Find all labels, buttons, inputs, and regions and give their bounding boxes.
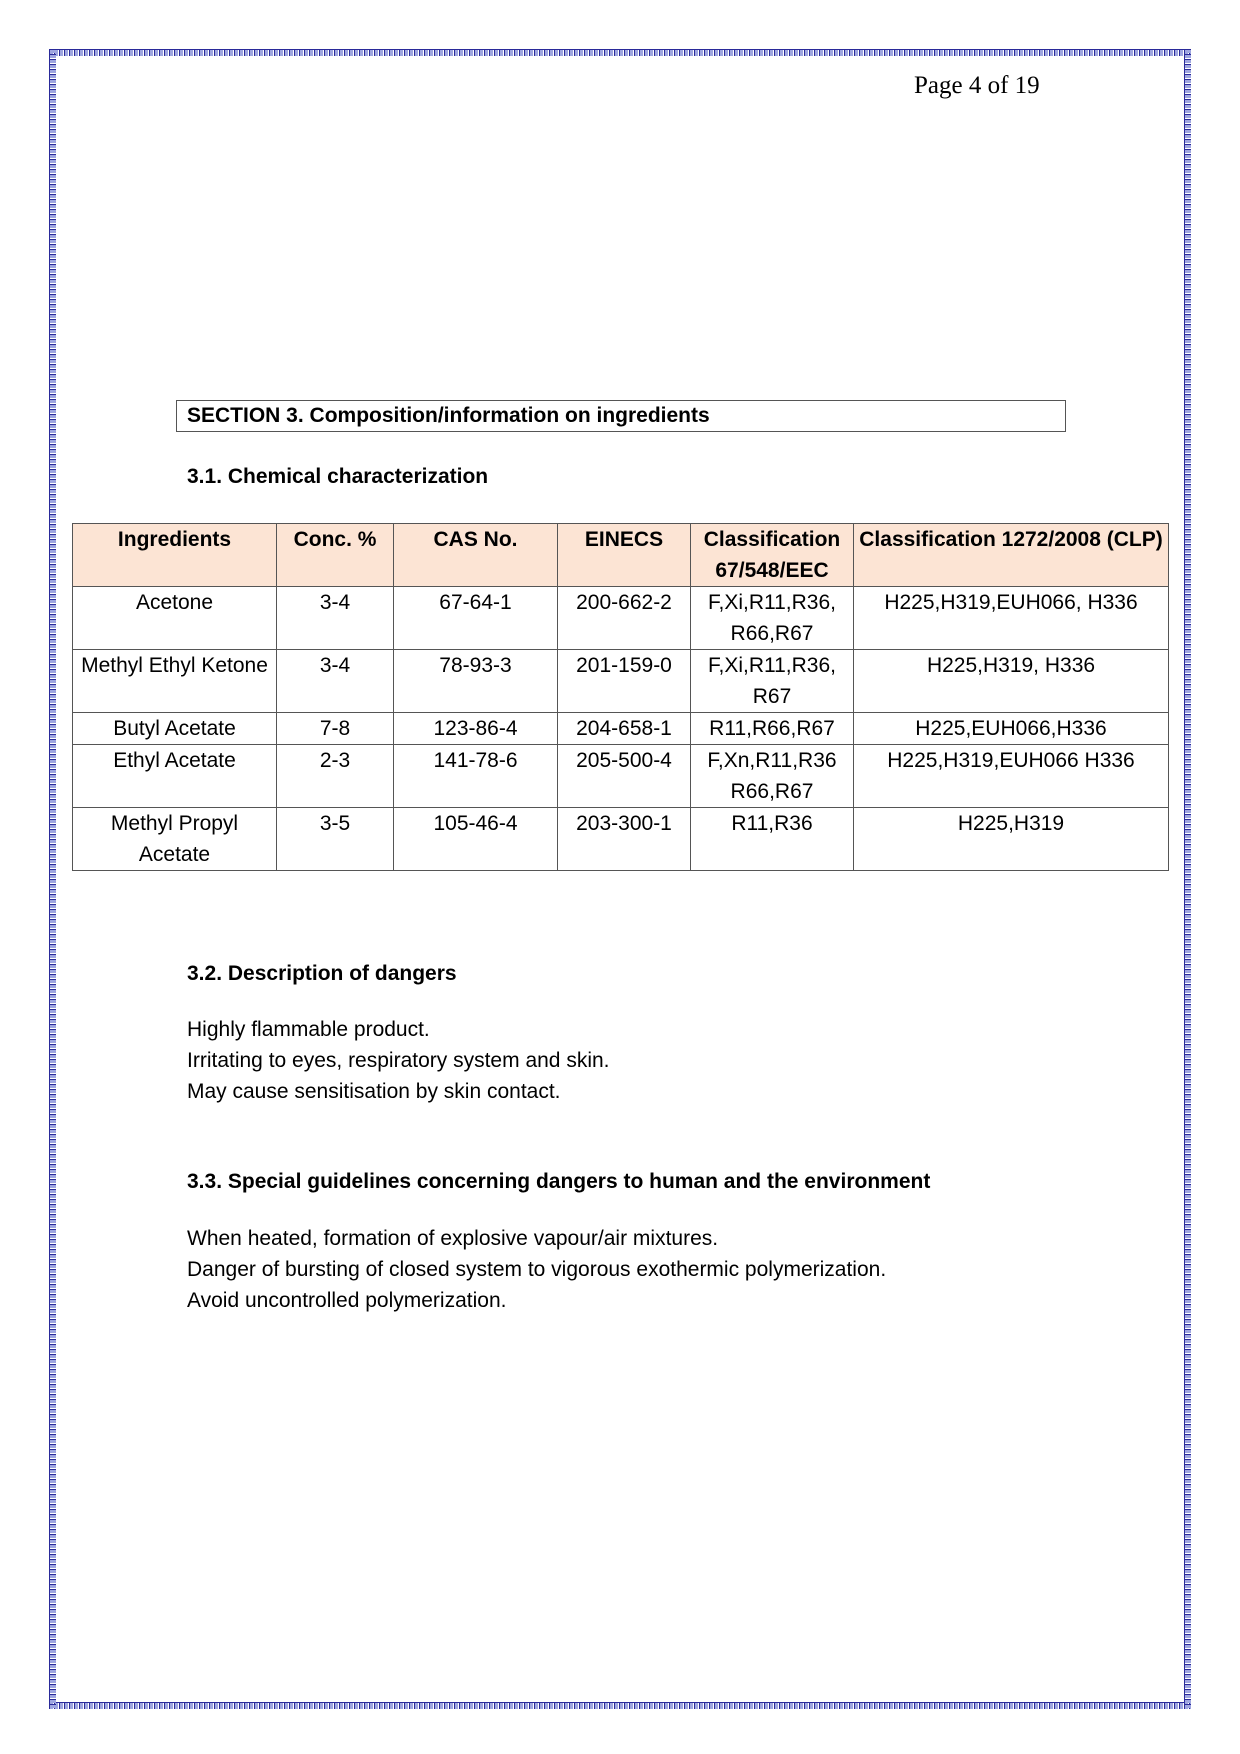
column-header-classification-clp: Classification 1272/2008 (CLP) (854, 524, 1169, 587)
cell-classification-clp: H225,EUH066,H336 (854, 713, 1169, 745)
column-header-ingredients: Ingredients (73, 524, 277, 587)
cell-concentration: 2-3 (277, 745, 394, 808)
column-header-concentration: Conc. % (277, 524, 394, 587)
guideline-line: Danger of bursting of closed system to v… (187, 1254, 886, 1285)
page-number: Page 4 of 19 (914, 72, 1040, 100)
border-right (1184, 49, 1191, 1709)
danger-line: Irritating to eyes, respiratory system a… (187, 1045, 610, 1076)
cell-concentration: 7-8 (277, 713, 394, 745)
cell-ingredient: Butyl Acetate (73, 713, 277, 745)
cell-ingredient: Ethyl Acetate (73, 745, 277, 808)
table-row: Acetone 3-4 67-64-1 200-662-2 F,Xi,R11,R… (73, 587, 1169, 650)
subsection-heading-3-1: 3.1. Chemical characterization (187, 465, 488, 489)
cell-cas: 123-86-4 (394, 713, 558, 745)
cell-einecs: 204-658-1 (558, 713, 691, 745)
special-guidelines: When heated, formation of explosive vapo… (187, 1223, 886, 1316)
cell-einecs: 203-300-1 (558, 808, 691, 871)
cell-ingredient: Acetone (73, 587, 277, 650)
table-row: Methyl Propyl Acetate 3-5 105-46-4 203-3… (73, 808, 1169, 871)
table-row: Butyl Acetate 7-8 123-86-4 204-658-1 R11… (73, 713, 1169, 745)
cell-ingredient: Methyl Propyl Acetate (73, 808, 277, 871)
column-header-cas-no: CAS No. (394, 524, 558, 587)
section-title: SECTION 3. Composition/information on in… (176, 400, 1066, 432)
cell-einecs: 200-662-2 (558, 587, 691, 650)
cell-cas: 78-93-3 (394, 650, 558, 713)
border-left (49, 49, 56, 1709)
cell-classification-67-548: R11,R66,R67 (691, 713, 854, 745)
cell-cas: 67-64-1 (394, 587, 558, 650)
cell-cas: 141-78-6 (394, 745, 558, 808)
cell-einecs: 201-159-0 (558, 650, 691, 713)
border-top (49, 49, 1191, 56)
subsection-heading-3-3: 3.3. Special guidelines concerning dange… (187, 1170, 930, 1194)
cell-classification-clp: H225,H319, H336 (854, 650, 1169, 713)
column-header-einecs: EINECS (558, 524, 691, 587)
table-header-row: Ingredients Conc. % CAS No. EINECS Class… (73, 524, 1169, 587)
danger-line: May cause sensitisation by skin contact. (187, 1076, 610, 1107)
decorative-page-border (49, 49, 1191, 1709)
cell-classification-67-548: F,Xi,R11,R36, R66,R67 (691, 587, 854, 650)
danger-line: Highly flammable product. (187, 1014, 610, 1045)
cell-classification-clp: H225,H319,EUH066 H336 (854, 745, 1169, 808)
cell-einecs: 205-500-4 (558, 745, 691, 808)
border-bottom (49, 1702, 1191, 1709)
table-row: Ethyl Acetate 2-3 141-78-6 205-500-4 F,X… (73, 745, 1169, 808)
dangers-description: Highly flammable product. Irritating to … (187, 1014, 610, 1107)
cell-concentration: 3-5 (277, 808, 394, 871)
subsection-heading-3-2: 3.2. Description of dangers (187, 962, 457, 986)
ingredients-table: Ingredients Conc. % CAS No. EINECS Class… (72, 523, 1169, 871)
guideline-line: Avoid uncontrolled polymerization. (187, 1285, 886, 1316)
cell-classification-clp: H225,H319 (854, 808, 1169, 871)
cell-classification-67-548: R11,R36 (691, 808, 854, 871)
guideline-line: When heated, formation of explosive vapo… (187, 1223, 886, 1254)
cell-classification-67-548: F,Xn,R11,R36 R66,R67 (691, 745, 854, 808)
cell-concentration: 3-4 (277, 650, 394, 713)
cell-ingredient: Methyl Ethyl Ketone (73, 650, 277, 713)
column-header-classification-67-548: Classification 67/548/EEC (691, 524, 854, 587)
cell-concentration: 3-4 (277, 587, 394, 650)
cell-classification-67-548: F,Xi,R11,R36, R67 (691, 650, 854, 713)
cell-classification-clp: H225,H319,EUH066, H336 (854, 587, 1169, 650)
table-row: Methyl Ethyl Ketone 3-4 78-93-3 201-159-… (73, 650, 1169, 713)
cell-cas: 105-46-4 (394, 808, 558, 871)
